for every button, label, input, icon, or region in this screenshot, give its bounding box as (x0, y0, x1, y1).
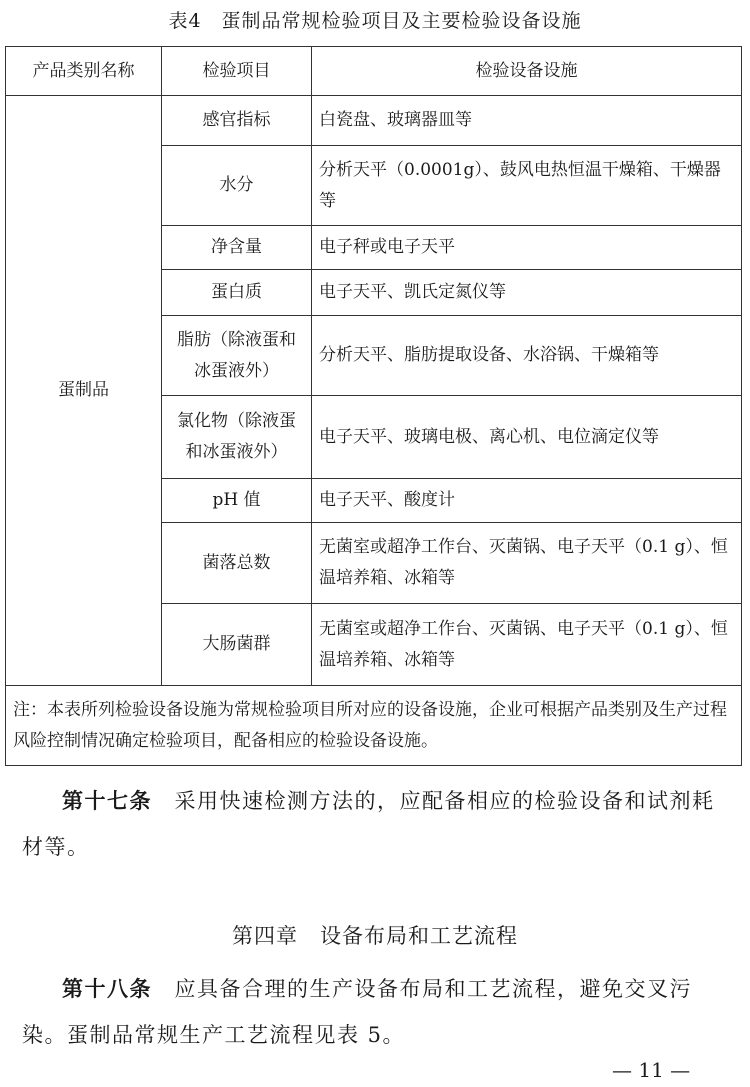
item-cell: 感官指标 (162, 96, 312, 146)
item-cell: 脂肪（除液蛋和冰蛋液外） (162, 316, 312, 396)
chapter-heading: 第四章 设备布局和工艺流程 (0, 920, 750, 950)
table-header-row: 产品类别名称 检验项目 检验设备设施 (6, 47, 742, 96)
item-cell: 菌落总数 (162, 523, 312, 604)
item-cell: 氯化物（除液蛋和冰蛋液外） (162, 396, 312, 479)
table-caption: 表4 蛋制品常规检验项目及主要检验设备设施 (0, 6, 750, 33)
article-17-label: 第十七条 (62, 789, 152, 813)
category-cell: 蛋制品 (6, 96, 162, 686)
equipment-cell: 无菌室或超净工作台、灭菌锅、电子天平（0.1 g）、恒温培养箱、冰箱等 (312, 523, 742, 604)
item-cell: 水分 (162, 146, 312, 226)
equipment-cell: 白瓷盘、玻璃器皿等 (312, 96, 742, 146)
equipment-cell: 电子天平、凯氏定氮仪等 (312, 270, 742, 316)
inspection-equipment-table: 产品类别名称 检验项目 检验设备设施 蛋制品 感官指标 白瓷盘、玻璃器皿等 水分… (5, 46, 742, 766)
equipment-cell: 电子天平、酸度计 (312, 479, 742, 523)
header-equipment: 检验设备设施 (312, 47, 742, 96)
item-cell: pH 值 (162, 479, 312, 523)
table-note: 注：本表所列检验设备设施为常规检验项目所对应的设备设施，企业可根据产品类别及生产… (6, 686, 742, 766)
article-18-label: 第十八条 (62, 977, 152, 1001)
header-item: 检验项目 (162, 47, 312, 96)
item-cell: 大肠菌群 (162, 604, 312, 686)
article-18: 第十八条 应具备合理的生产设备布局和工艺流程，避免交叉污染。蛋制品常规生产工艺流… (22, 966, 734, 1058)
table-row: 蛋制品 感官指标 白瓷盘、玻璃器皿等 (6, 96, 742, 146)
table-note-row: 注：本表所列检验设备设施为常规检验项目所对应的设备设施，企业可根据产品类别及生产… (6, 686, 742, 766)
equipment-cell: 分析天平、脂肪提取设备、水浴锅、干燥箱等 (312, 316, 742, 396)
equipment-cell: 分析天平（0.0001g）、鼓风电热恒温干燥箱、干燥器等 (312, 146, 742, 226)
header-category: 产品类别名称 (6, 47, 162, 96)
equipment-cell: 电子天平、玻璃电极、离心机、电位滴定仪等 (312, 396, 742, 479)
item-cell: 净含量 (162, 226, 312, 270)
equipment-cell: 电子秤或电子天平 (312, 226, 742, 270)
article-17: 第十七条 采用快速检测方法的，应配备相应的检验设备和试剂耗材等。 (22, 778, 734, 870)
item-cell: 蛋白质 (162, 270, 312, 316)
page-number: — 11 — (612, 1058, 690, 1082)
equipment-cell: 无菌室或超净工作台、灭菌锅、电子天平（0.1 g）、恒温培养箱、冰箱等 (312, 604, 742, 686)
